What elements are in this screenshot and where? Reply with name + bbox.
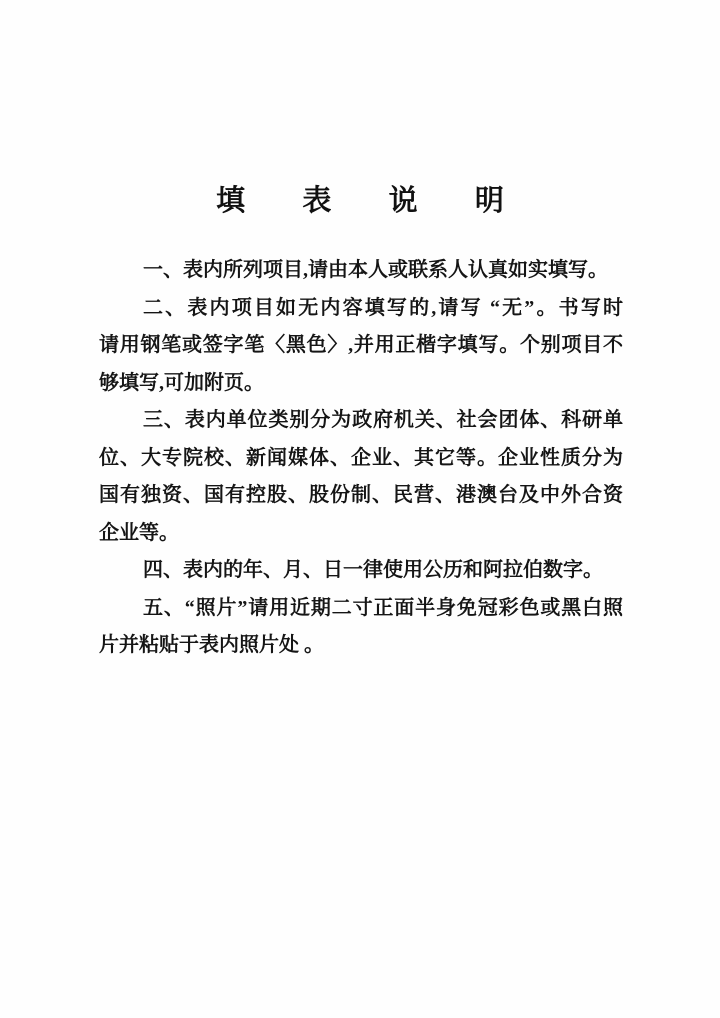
scanned-document-page: 填 表 说 明 一、表内所列项目,请由本人或联系人认真如实填写。 二、表内项目如…: [0, 0, 720, 1018]
instructions-text-block: 一、表内所列项目,请由本人或联系人认真如实填写。 二、表内项目如无内容填写的,请…: [99, 252, 623, 665]
instruction-line: 企业等。: [99, 515, 623, 553]
instruction-line: 三、表内单位类别分为政府机关、社会团体、科研单: [99, 402, 623, 440]
instruction-line: 够填写,可加附页。: [99, 365, 623, 403]
instruction-line: 五、“照片”请用近期二寸正面半身免冠彩色或黑白照: [99, 590, 623, 628]
instruction-line: 片并粘贴于表内照片处 。: [99, 627, 623, 665]
instruction-line: 一、表内所列项目,请由本人或联系人认真如实填写。: [99, 252, 623, 290]
instruction-line: 国有独资、国有控股、股份制、民营、港澳台及中外合资: [99, 477, 623, 515]
page-title: 填 表 说 明: [0, 178, 720, 219]
instruction-line: 位、大专院校、新闻媒体、企业、其它等。企业性质分为: [99, 440, 623, 478]
instruction-line: 请用钢笔或签字笔〈黑色〉,并用正楷字填写。个别项目不: [99, 327, 623, 365]
instruction-line: 四、表内的年、月、日一律使用公历和阿拉伯数字。: [99, 552, 623, 590]
instruction-line: 二、表内项目如无内容填写的,请写 “无”。书写时: [99, 290, 623, 328]
